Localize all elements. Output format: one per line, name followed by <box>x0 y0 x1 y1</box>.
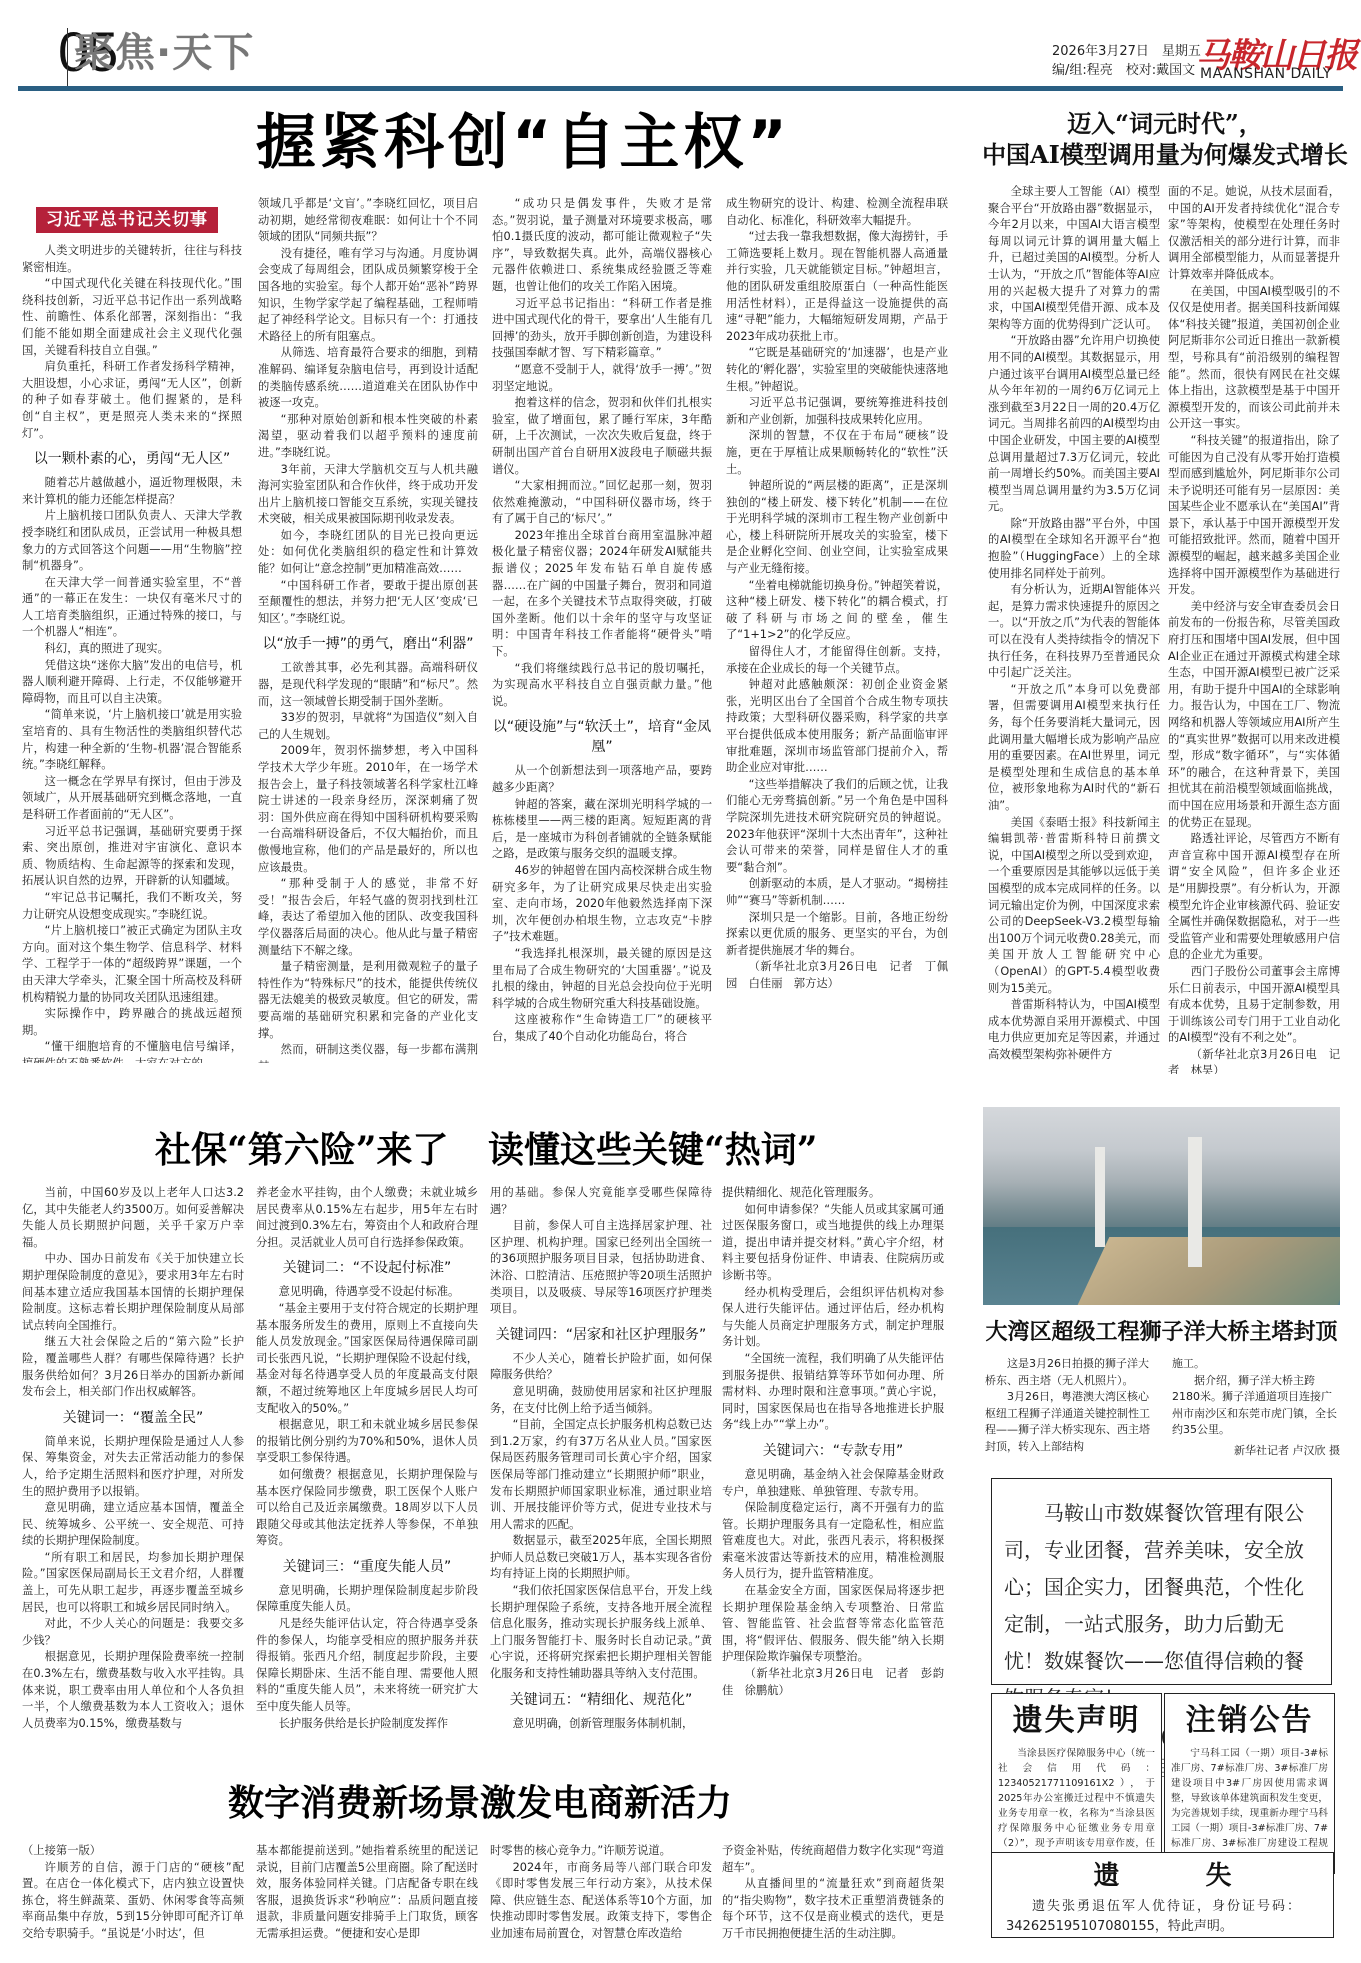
paragraph: 33岁的贺羽，早就将“为国造仪”刻入自己的人生规划。 <box>258 710 478 743</box>
paragraph: “我们将继续践行总书记的殷切嘱托，为实现高水平科技自立自强贡献力量。”他说。 <box>492 661 712 711</box>
paragraph: 数据显示，截至2025年底，全国长期照护师人员总数已突破1万人，基本实现各省份均… <box>490 1533 712 1583</box>
subheading: 关键词六：“专款专用” <box>722 1441 944 1461</box>
article3-column-2: 养老金水平挂钩，由个人缴费；未就业城乡居民费率从0.15%左右起步，用5年左右时… <box>256 1185 478 1745</box>
paragraph: 肩负重托，科研工作者发扬科学精神，大胆设想，小心求证，勇闯“无人区”，创新的种子… <box>22 359 242 442</box>
paragraph: 钟超所说的“两层楼的距离”，正是深圳独创的“楼上研发、楼下转化”机制——在位于光… <box>726 478 948 578</box>
paragraph: 从直播间里的“流量狂欢”到商超货架的“指尖购物”，数字技术正重塑消费链条的每个环… <box>722 1876 944 1942</box>
paragraph: 经办机构受理后，会组织评估机构对参保人进行失能评估。通过评估后，经办机构与失能人… <box>722 1285 944 1351</box>
paragraph: 意见明确，鼓励使用居家和社区护理服务，在支付比例上给予适当倾斜。 <box>490 1384 712 1417</box>
cancel-notice: 注销公告 宁马科工园（一期）项目-3#标准厂房、7#标准厂房、3#标准厂房建设项… <box>1164 1693 1335 1874</box>
paragraph: 凭借这块“迷你大脑”发出的电信号，机器人顺利避开障碍、上行走，不仅能够避开障碍物… <box>22 658 242 708</box>
article3-headline-a: 社保“第六险”来了 <box>155 1127 448 1173</box>
subheading: 关键词五：“精细化、规范化” <box>490 1690 712 1710</box>
paragraph: “成功只是偶发事件，失败才是常态。”贺羽说，量子测量对环境要求极高，哪怕0.1摄… <box>492 196 712 296</box>
subheading: 关键词四：“居家和社区护理服务” <box>490 1325 712 1345</box>
paragraph: 习近平总书记指出：“科研工作者是推进中国式现代化的骨干，要拿出‘人生能有几回搏’… <box>492 296 712 362</box>
paragraph: 没有捷径，唯有学习与沟通。月度协调会变成了每周组会，团队成员频繁穿梭于全国各地的… <box>258 246 478 346</box>
paragraph: 保险制度稳定运行，离不开强有力的监管。长期护理服务具有一定隐私性，相应监管难度也… <box>722 1500 944 1583</box>
article4-column-2: 基本都能提前送到。”她指着系统里的配送记录说，目前门店覆盖5公里商圈。除了配送时… <box>256 1843 478 1961</box>
bridge-photo <box>983 1107 1340 1305</box>
caption-para: 3月26日，粤港澳大湾区核心枢纽工程狮子洋通道关键控制性工程——狮子洋大桥实现东… <box>985 1389 1157 1455</box>
paragraph: 从一个创新想法到一项落地产品，要跨越多少距离？ <box>492 763 712 796</box>
lost-notice: 遗失声明 当涂县医疗保障服务中心（统一社会信用代码：12340521771109… <box>991 1693 1162 1874</box>
paragraph: 科幻，真的照进了现实。 <box>22 641 242 658</box>
paragraph: 意见明确，待遇享受不设起付标准。 <box>256 1284 478 1301</box>
article1-column-4: 成生物研究的设计、构建、检测全流程串联自动化、标准化，科研效率大幅提升。“过去我… <box>726 196 948 1063</box>
paragraph: “我选择扎根深圳，最关键的原因是这里布局了合成生物研究的‘大国重器’。”说及扎根… <box>492 946 712 1012</box>
subheading: 以一颗朴素的心，勇闯“无人区” <box>22 449 242 469</box>
photo-tower-east <box>1188 1137 1202 1267</box>
paragraph: 实际操作中，跨界融合的挑战远超预期。 <box>22 1006 242 1039</box>
paragraph: 46岁的钟超曾在国内高校深耕合成生物研究多年，为了让研究成果尽快走出实验室、走向… <box>492 863 712 946</box>
subheading: 关键词一：“覆盖全民” <box>22 1408 244 1428</box>
paragraph: 许顺芳的自信，源于门店的“硬核”配置。在店仓一体化模式下，店内独立设置快拣仓，将… <box>22 1860 244 1943</box>
subheading: 关键词二：“不设起付标准” <box>256 1258 478 1278</box>
paragraph: 随着芯片越做越小，逼近物理极限，未来计算机的能力还能怎样提高？ <box>22 475 242 508</box>
paragraph: 2023年推出全球首台商用室温脉冲超极化量子精密仪器；2024年研发AI赋能共振… <box>492 528 712 661</box>
paragraph: 凡是经失能评估认定，符合待遇享受条件的参保人，均能享受相应的照护服务并获得报销。… <box>256 1616 478 1716</box>
paragraph: 意见明确，基金纳入社会保障基金财政专户，单独建账、单独管理、专款专用。 <box>722 1467 944 1500</box>
paragraph: 2009年，贺羽怀揣梦想，考入中国科学技术大学少年班。2010年，在一场学术报告… <box>258 743 478 876</box>
paragraph: 钟超对此感触颇深：初创企业资金紧张，光明区出台了全国首个合成生物专项扶持政策；大… <box>726 677 948 777</box>
paragraph: 领域几乎都是‘文盲’。”李晓红回忆，项目启动初期，她经常彻夜难眠：如何让十个不同… <box>258 196 478 246</box>
lost-small-id: 342625195107080155，特此声明。 <box>1006 1917 1319 1937</box>
paragraph: 意见明确，创新管理服务体制机制， <box>490 1716 712 1733</box>
paragraph: “片上脑机接口”被正式确定为团队主攻方向。面对这个集生物学、信息科学、材料学、工… <box>22 923 242 1006</box>
photo-caption-col1: 这是3月26日拍摄的狮子洋大桥东、西主塔（无人机照片）。 3月26日，粤港澳大湾… <box>985 1356 1157 1455</box>
photo-credit: 新华社记者 卢汉欣 摄 <box>1172 1443 1340 1460</box>
paragraph: 意见明确，长期护理保险制度起步阶段保障重度失能人员。 <box>256 1583 478 1616</box>
lost-small-title: 遗 失 <box>1006 1859 1319 1893</box>
article2-headline-line2: 中国AI模型调用量为何爆发式增长 <box>980 139 1350 170</box>
paragraph: （新华社北京3月26日电 记者 林昊） <box>1168 1047 1340 1074</box>
paragraph: “全国统一流程，我们明确了从失能评估到服务提供、报销结算等环节如何办理、所需材料… <box>722 1351 944 1434</box>
paragraph: 简单来说，长期护理保险是通过人人参保、筹集资金，对失去正常活动能力的参保人，给予… <box>22 1434 244 1500</box>
article4-column-3: 时零售的核心竞争力。”许顺芳说道。2024年，市商务局等八部门联合印发《即时零售… <box>490 1843 712 1961</box>
article3-column-1: 当前，中国60岁及以上老年人口达3.2亿，其中失能老人约3500万。如何妥善解决… <box>22 1185 244 1745</box>
paragraph: “这些举措解决了我们的后顾之忧，让我们能心无旁骛搞创新。”另一个角色是中国科学院… <box>726 777 948 877</box>
photo-tower-west <box>1095 1147 1105 1247</box>
paragraph: “我们依托国家医保信息平台，开发上线长期护理保险子系统，支持各地开展全流程信息化… <box>490 1583 712 1683</box>
paragraph: 人类文明进步的关键转折，往往与科技紧密相连。 <box>22 243 242 276</box>
article4-column-1: （上接第一版）许顺芳的自信，源于门店的“硬核”配置。在店仓一体化模式下，店内独立… <box>22 1843 244 1961</box>
paragraph: 美中经济与安全审查委员会日前发布的一份报告称，尽管美国政府打压和围堵中国AI发展… <box>1168 599 1340 831</box>
article1-headline: 握紧科创“自主权” <box>256 108 791 178</box>
column-badge: 习近平总书记关切事 <box>36 207 218 233</box>
article3-headline-b: 读懂这些关键“热词” <box>488 1127 817 1173</box>
paragraph: 在基金安全方面，国家医保局将逐步把长期护理保险基金纳入专项整治、日常监管、智能监… <box>722 1583 944 1666</box>
article4-headline: 数字消费新场景激发电商新活力 <box>228 1780 732 1826</box>
paragraph: 抱着这样的信念，贺羽和伙伴们扎根实验室，做了增面包，累了睡行军床，3年酷研，上千… <box>492 395 712 478</box>
paragraph: （新华社北京3月26日电 记者 丁佩园 白佳丽 郭方达） <box>726 959 948 992</box>
paragraph: “简单来说，‘片上脑机接口’就是用实验室培育的、具有生物活性的类脑组织替代芯片，… <box>22 707 242 773</box>
paragraph: 美国《泰晤士报》科技新闻主编辑凯蒂·普雷斯科特日前撰文说，中国AI模型之所以受到… <box>988 815 1160 998</box>
paragraph: 片上脑机接口团队负责人、天津大学教授李晓红和团队成员，正尝试用一种极具想象力的方… <box>22 508 242 574</box>
paragraph: 在美国，中国AI模型吸引的不仅仅是使用者。据美国科技新闻媒体“科技关键”报道，美… <box>1168 284 1340 433</box>
paragraph: 习近平总书记强调，基础研究要勇于探索、突出原创，推进对宇宙演化、意识本质、物质结… <box>22 824 242 890</box>
article2-column-2: 面的不足。她说，从技术层面看，中国的AI开发者持续优化“混合专家”等架构，使模型… <box>1168 184 1340 1074</box>
paragraph: 全球主要人工智能（AI）模型聚合平台“开放路由器”数据显示，今年2月以来，中国A… <box>988 184 1160 333</box>
paragraph: “基金主要用于支付符合规定的长期护理基本服务所发生的费用，原则上不直接向失能人员… <box>256 1301 478 1417</box>
lost-small-body: 遗失张勇退伍军人优待证，身份证号码： <box>1006 1897 1319 1917</box>
subheading: 以“放手一搏”的勇气，磨出“利器” <box>258 634 478 654</box>
paragraph: 用的基础。参保人究竟能享受哪些保障待遇？ <box>490 1185 712 1218</box>
paragraph: 养老金水平挂钩，由个人缴费；未就业城乡居民费率从0.15%左右起步，用5年左右时… <box>256 1185 478 1251</box>
editors-line: 编/组:程亮 校对:戴国文 <box>1052 61 1201 80</box>
paragraph: 提供精细化、规范化管理服务。 <box>722 1185 944 1202</box>
masthead-rule <box>18 86 1343 91</box>
paragraph: 基本都能提前送到。”她指着系统里的配送记录说，目前门店覆盖5公里商圈。除了配送时… <box>256 1843 478 1943</box>
subheading: 关键词三：“重度失能人员” <box>256 1557 478 1577</box>
paragraph: “它既是基础研究的‘加速器’，也是产业转化的‘孵化器’，实验室里的突破能快速落地… <box>726 345 948 395</box>
paragraph: 深圳只是一个缩影。目前，各地正纷纷探索以更优质的服务、更坚实的平台，为创新者提供… <box>726 910 948 960</box>
paragraph: 量子精密测量，是利用微观粒子的量子特性作为“特殊标尺”的技术，能提供传统仪器无法… <box>258 959 478 1042</box>
catering-ad: 马鞍山市数媒餐饮管理有限公司，专业团餐，营养美味，安全放心；国企实力，团餐典范，… <box>991 1478 1332 1685</box>
paragraph: 西门子股份公司董事会主席博乐仁日前表示，中国开源AI模型具有成本优势，且易于定制… <box>1168 964 1340 1047</box>
caption-para: 施工。 <box>1172 1356 1340 1373</box>
paragraph: “过去我一靠我想数据，像大海捞针，手工筛选要耗上数月。现在智能机器人高通量并行实… <box>726 229 948 345</box>
paragraph: “中国式现代化关键在科技现代化。”围绕科技创新，习近平总书记作出一系列战略性、前… <box>22 276 242 359</box>
photo-title: 大湾区超级工程狮子洋大桥主塔封顶 <box>983 1317 1340 1347</box>
paragraph: “中国科研工作者，要敢于提出原创甚至颠覆性的想法，并努力把‘无人区’变成‘已知区… <box>258 578 478 628</box>
paragraph: “愿意不受制于人，就得‘放手一搏’。”贺羽坚定地说。 <box>492 362 712 395</box>
paragraph: 3年前，天津大学脑机交互与人机共融海河实验室团队和合作伙伴，终于成功开发出片上脑… <box>258 462 478 528</box>
article3-column-3: 用的基础。参保人究竟能享受哪些保障待遇？目前，参保人可自主选择居家护理、社区护理… <box>490 1185 712 1745</box>
paragraph: 根据意见，长期护理保险费率统一控制在0.3%左右，缴费基数与收入水平挂钩。具体来… <box>22 1649 244 1732</box>
photo-construction-site <box>1077 1237 1340 1305</box>
paragraph: 创新驱动的本质，是人才驱动。“揭榜挂帅”“赛马”等新机制…… <box>726 876 948 909</box>
paragraph: 不少人关心，随着长护险扩面，如何保障服务供给？ <box>490 1351 712 1384</box>
paragraph: （新华社北京3月26日电 记者 彭韵佳 徐鹏航） <box>722 1666 944 1699</box>
paragraph: 有分析认为，近期AI智能体兴起，是算力需求快速提升的原因之一。以“开放之爪”为代… <box>988 582 1160 682</box>
paragraph: 这座被称作“生命铸造工厂”的硬核平台，集成了40个自动化功能岛台，将合 <box>492 1012 712 1045</box>
paragraph: “科技关键”的报道指出，除了可能因为自己没有从零开始打造模型而感到尴尬外，阿尼斯… <box>1168 433 1340 599</box>
paragraph: 留得住人才，才能留得住创新。支持，承接在企业成长的每一个关键节点。 <box>726 644 948 677</box>
paragraph: 对此，不少人关心的问题是：我要交多少钱？ <box>22 1616 244 1649</box>
subheading: 以“硬设施”与“软沃土”，培育“金凤凰” <box>492 717 712 757</box>
paragraph: 在天津大学一间普通实验室里，不“普通”的一幕正在发生：一块仅有毫米尺寸的人工培育… <box>22 575 242 641</box>
lost-notice-title: 遗失声明 <box>998 1700 1155 1742</box>
paragraph: 面的不足。她说，从技术层面看，中国的AI开发者持续优化“混合专家”等架构，使模型… <box>1168 184 1340 284</box>
article1-column-3: “成功只是偶发事件，失败才是常态。”贺羽说，量子测量对环境要求极高，哪怕0.1摄… <box>492 196 712 1063</box>
section-title: 聚焦·天下 <box>74 28 254 78</box>
paragraph: 继五大社会保险之后的“第六险”长护险，覆盖哪些人群？有哪些保障待遇？长护服务供给… <box>22 1334 244 1400</box>
paragraph: 钟超的答案，藏在深圳光明科学城的一栋栋楼里——两三楼的距离。短短距离的背后，是一… <box>492 797 712 863</box>
paragraph: 2024年，市商务局等八部门联合印发《即时零售发展三年行动方案》，从技术保障、供… <box>490 1860 712 1943</box>
article2-headline-line1: 迈入“词元时代”， <box>980 108 1350 139</box>
lost-small-notice: 遗 失 遗失张勇退伍军人优待证，身份证号码： 34262519510708015… <box>991 1852 1334 1938</box>
paragraph: （上接第一版） <box>22 1843 244 1860</box>
issue-info: 2026年3月27日 星期五 编/组:程亮 校对:戴国文 <box>1052 42 1201 80</box>
caption-para: 这是3月26日拍摄的狮子洋大桥东、西主塔（无人机照片）。 <box>985 1356 1157 1389</box>
article1-column-1: 人类文明进步的关键转折，往往与科技紧密相连。“中国式现代化关键在科技现代化。”围… <box>22 243 242 1063</box>
paragraph: 路透社评论，尽管西方不断有声音宣称中国开源AI模型存在所谓“安全风险”，但许多企… <box>1168 831 1340 964</box>
paragraph: 深圳的智慧，不仅在于布局“硬核”设施，更在于厚植让成果顺畅转化的“软性”沃土。 <box>726 428 948 478</box>
date-line: 2026年3月27日 星期五 <box>1052 42 1201 61</box>
paragraph: “开放之爪”本身可以免费部署，但需要调用AI模型来执行任务，每个任务要消耗大量词… <box>988 682 1160 815</box>
paragraph: 普雷斯科特认为，中国AI模型成本优势源自采用开源模式、中国电力供应更加充足等因素… <box>988 997 1160 1063</box>
paragraph: 这一概念在学界早有探讨，但由于涉及领域广，从开展基础研究到概念落地，一直是科研工… <box>22 774 242 824</box>
paragraph: 长护服务供给是长护险制度发挥作 <box>256 1716 478 1733</box>
paragraph: 意见明确，建立适应基本国情，覆盖全民、统筹城乡、公平统一、安全规范、可持续的长期… <box>22 1500 244 1550</box>
paragraph: 根据意见，职工和未就业城乡居民参保的报销比例分别约为70%和50%，退休人员享受… <box>256 1417 478 1467</box>
paragraph: “那种受制于人的感觉，非常不好受！”报告会后，年轻气盛的贺羽找到杜江峰，表达了希… <box>258 876 478 959</box>
masthead-divider <box>67 28 68 86</box>
article2-headline: 迈入“词元时代”， 中国AI模型调用量为何爆发式增长 <box>980 108 1350 170</box>
paragraph: “目前，全国定点长护服务机构总数已达到1.2万家，约有37万名从业人员。”国家医… <box>490 1417 712 1533</box>
paragraph: 中办、国办日前发布《关于加快建立长期护理保险制度的意见》，要求用3年左右时间基本… <box>22 1251 244 1334</box>
paragraph: 如何申请参保？“失能人员或其家属可通过医保服务窗口，或当地提供的线上办理渠道，提… <box>722 1202 944 1285</box>
paragraph: 予资金补贴，传统商超借力数字化实现“弯道超车”。 <box>722 1843 944 1876</box>
paragraph: “所有职工和居民，均参加长期护理保险。”国家医保局副局长王文君介绍，人群覆盖上，… <box>22 1550 244 1616</box>
paragraph: “开放路由器”允许用户切换使用不同的AI模型。其数据显示，用户通过该平台调用AI… <box>988 333 1160 516</box>
article4-column-4: 予资金补贴，传统商超借力数字化实现“弯道超车”。从直播间里的“流量狂欢”到商超货… <box>722 1843 944 1961</box>
newspaper-logo-en: MAANSHAN DAILY <box>1200 66 1332 82</box>
cancel-notice-title: 注销公告 <box>1171 1700 1328 1742</box>
photo-caption-col2: 施工。 据介绍，狮子洋大桥主跨2180米。狮子洋通道项目连接广州市南沙区和东莞市… <box>1172 1356 1340 1459</box>
caption-para: 据介绍，狮子洋大桥主跨2180米。狮子洋通道项目连接广州市南沙区和东莞市虎门镇，… <box>1172 1373 1340 1439</box>
paragraph: “那种对原始创新和根本性突破的朴素渴望，驱动着我们以超乎预料的速度前进。”李晓红… <box>258 412 478 462</box>
paragraph: 如何缴费？根据意见，长期护理保险与基本医疗保险同步缴费，职工医保个人账户可以给自… <box>256 1467 478 1550</box>
paragraph: 目前，参保人可自主选择居家护理、社区护理、机构护理。国家已经列出全国统一的36项… <box>490 1218 712 1318</box>
article1-column-2: 领域几乎都是‘文盲’。”李晓红回忆，项目启动初期，她经常彻夜难眠：如何让十个不同… <box>258 196 478 1063</box>
paragraph: “坐着电梯就能切换身份。”钟超笑着说，这种“楼上研发、楼下转化”的耦合模式，打破… <box>726 578 948 644</box>
paragraph: 当前，中国60岁及以上老年人口达3.2亿，其中失能老人约3500万。如何妥善解决… <box>22 1185 244 1251</box>
paragraph: “牢记总书记嘱托，我们不断攻关，努力让研究从设想变成现实。”李晓红说。 <box>22 890 242 923</box>
catering-ad-text: 马鞍山市数媒餐饮管理有限公司，专业团餐，营养美味，安全放心；国企实力，团餐典范，… <box>1004 1495 1321 1717</box>
paragraph: 从筛选、培育最符合要求的细胞，到精准解码、编译复杂脑电信号，再到设计适配的类脑传… <box>258 345 478 411</box>
paragraph: 工欲善其事，必先利其器。高端科研仪器，是现代科学发现的“眼睛”和“标尺”。然而，… <box>258 660 478 710</box>
paragraph: 然而，研制这类仪器，每一步都布满荆棘。 <box>258 1042 478 1063</box>
paragraph: 除“开放路由器”平台外，中国的AI模型在全球知名开源平台“抱抱脸”（Huggin… <box>988 516 1160 582</box>
paragraph: 时零售的核心竞争力。”许顺芳说道。 <box>490 1843 712 1860</box>
paragraph: 如今，李晓红团队的目光已投向更远处：如何优化类脑组织的稳定性和计算效能？如何让“… <box>258 528 478 578</box>
article3-column-4: 提供精细化、规范化管理服务。如何申请参保？“失能人员或其家属可通过医保服务窗口，… <box>722 1185 944 1745</box>
paragraph: 成生物研究的设计、构建、检测全流程串联自动化、标准化，科研效率大幅提升。 <box>726 196 948 229</box>
paragraph: “懂干细胞培育的不懂脑电信号编译，搞硬件的不熟悉软件，大家在对方的 <box>22 1039 242 1063</box>
paragraph: 习近平总书记强调，要统筹推进科技创新和产业创新，加强科技成果转化应用。 <box>726 395 948 428</box>
article2-column-1: 全球主要人工智能（AI）模型聚合平台“开放路由器”数据显示，今年2月以来，中国A… <box>988 184 1160 1074</box>
paragraph: “大家相拥而泣。”回忆起那一刻，贺羽依然难掩激动，“中国科研仪器市场，终于有了属… <box>492 478 712 528</box>
